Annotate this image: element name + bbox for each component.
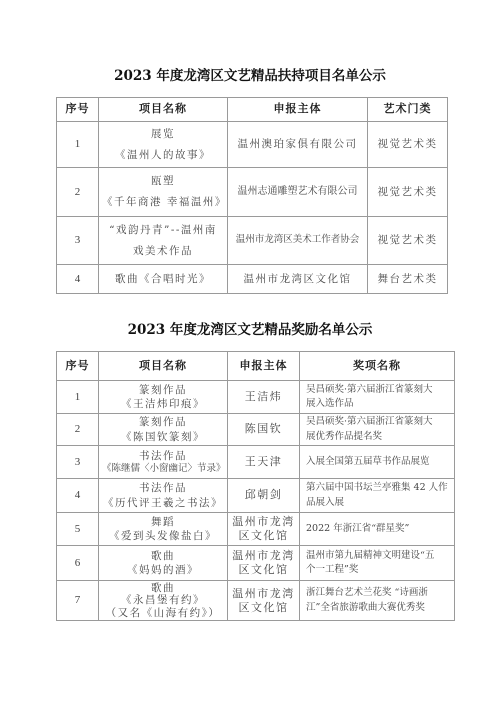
project-name: 瓯塑 《千年商港 幸福温州》 [99, 168, 228, 217]
project-name: 书法作品 《陈继儒〈小窗幽记〉节录》 [99, 446, 228, 479]
applicant-line: 温州市龙湾 [231, 549, 296, 563]
award-line: 展优秀作品提名奖 [306, 430, 451, 444]
category: 视觉艺术类 [368, 122, 448, 168]
table-row: 6 歌曲 《妈妈的酒》 温州市龙湾 区文化馆 温州市第九届精神文明建设“五 个一… [57, 546, 455, 581]
project-name-line: 瓯塑 [102, 171, 224, 192]
applicant-line: 区文化馆 [231, 563, 296, 577]
applicant-line: 王天津 [231, 455, 296, 470]
project-name-line: 《历代评王羲之书法》 [102, 496, 224, 510]
award-line: 温州市第九届精神文明建设“五 [306, 549, 451, 563]
award-name: 2022 年浙江省“群星奖” [300, 513, 455, 546]
header-award: 奖项名称 [300, 352, 455, 381]
project-name: 篆刻作品 《陈国钦篆刻》 [99, 414, 228, 446]
applicant-line: 邱朝剑 [231, 488, 296, 503]
project-name-line: （又名《山海有约》） [102, 607, 224, 620]
project-name: 书法作品 《历代评王羲之书法》 [99, 479, 228, 513]
award-name: 入展全国第五届草书作品展览 [300, 446, 455, 479]
table-row: 4 书法作品 《历代评王羲之书法》 邱朝剑 第六届中国书坛兰亭雅集 42 人作 … [57, 479, 455, 513]
award-name: 吴昌硕奖·第六届浙江省篆刻大 展入选作品 [300, 381, 455, 414]
project-name: “戏韵丹青”--温州南 戏美术作品 [99, 217, 228, 265]
award-line: 展入选作品 [306, 397, 451, 411]
row-no: 5 [57, 513, 99, 546]
row-no: 6 [57, 546, 99, 581]
award-projects-table: 序号 项目名称 申报主体 奖项名称 1 篆刻作品 《王洁炜印痕》 王洁炜 吴昌硕… [56, 351, 455, 621]
header-category: 艺术门类 [368, 98, 448, 122]
applicant: 温州市龙湾区文化馆 [228, 265, 368, 294]
project-name: 展览 《温州人的故事》 [99, 122, 228, 168]
table-row: 2 瓯塑 《千年商港 幸福温州》 温州志通雕塑艺术有限公司 视觉艺术类 [57, 168, 448, 217]
award-line: 入展全国第五届草书作品展览 [306, 455, 451, 469]
applicant-line: 区文化馆 [231, 529, 296, 543]
applicant: 陈国钦 [228, 414, 300, 446]
project-name: 歌曲 《永昌堡有约》 （又名《山海有约》） [99, 581, 228, 621]
project-name: 篆刻作品 《王洁炜印痕》 [99, 381, 228, 414]
header-applicant: 申报主体 [228, 352, 300, 381]
award-line: 第六届中国书坛兰亭雅集 42 人作 [306, 481, 451, 495]
applicant-line: 陈国钦 [231, 422, 296, 437]
row-no: 7 [57, 581, 99, 621]
award-line: 品展入展 [306, 496, 451, 510]
row-no: 2 [57, 414, 99, 446]
project-name: 歌曲 《妈妈的酒》 [99, 546, 228, 581]
header-no: 序号 [57, 98, 99, 122]
award-name: 第六届中国书坛兰亭雅集 42 人作 品展入展 [300, 479, 455, 513]
project-name-line: 歌曲 [102, 549, 224, 563]
table-row: 5 舞蹈 《爱到头发像盐白》 温州市龙湾 区文化馆 2022 年浙江省“群星奖” [57, 513, 455, 546]
category: 视觉艺术类 [368, 217, 448, 265]
applicant: 温州市龙湾 区文化馆 [228, 513, 300, 546]
project-name-line: 舞蹈 [102, 515, 224, 529]
project-name-line: 《温州人的故事》 [102, 145, 224, 166]
row-no: 2 [57, 168, 99, 217]
project-name-line: 书法作品 [102, 449, 224, 463]
project-name-line: 《陈继儒〈小窗幽记〉节录》 [102, 463, 224, 476]
award-line: 浙江舞台艺术兰花奖 “诗画浙 [306, 586, 451, 600]
row-no: 4 [57, 479, 99, 513]
applicant: 王洁炜 [228, 381, 300, 414]
project-name-line: 篆刻作品 [102, 383, 224, 397]
award-name: 浙江舞台艺术兰花奖 “诗画浙 江”全省旅游歌曲大赛优秀奖 [300, 581, 455, 621]
project-name-line: 《爱到头发像盐白》 [102, 529, 224, 543]
row-no: 1 [57, 122, 99, 168]
project-name-line: 展览 [102, 124, 224, 145]
table-row: 1 篆刻作品 《王洁炜印痕》 王洁炜 吴昌硕奖·第六届浙江省篆刻大 展入选作品 [57, 381, 455, 414]
project-name: 舞蹈 《爱到头发像盐白》 [99, 513, 228, 546]
award-line: 吴昌硕奖·第六届浙江省篆刻大 [306, 415, 451, 429]
award-line: 2022 年浙江省“群星奖” [306, 522, 451, 536]
applicant: 温州志通雕塑艺术有限公司 [228, 168, 368, 217]
project-name-line: 书法作品 [102, 481, 224, 495]
applicant: 王天津 [228, 446, 300, 479]
project-name-line: “戏韵丹青”--温州南 [102, 220, 224, 241]
award-table-title: 2023 年度龙湾区文艺精品奖励名单公示 [0, 318, 500, 338]
table-row: 2 篆刻作品 《陈国钦篆刻》 陈国钦 吴昌硕奖·第六届浙江省篆刻大 展优秀作品提… [57, 414, 455, 446]
applicant: 温州澳珀家俱有限公司 [228, 122, 368, 168]
category: 视觉艺术类 [368, 168, 448, 217]
table-row: 7 歌曲 《永昌堡有约》 （又名《山海有约》） 温州市龙湾 区文化馆 浙江舞台艺… [57, 581, 455, 621]
applicant: 温州市龙湾 区文化馆 [228, 546, 300, 581]
support-projects-table: 序号 项目名称 申报主体 艺术门类 1 展览 《温州人的故事》 温州澳珀家俱有限… [56, 97, 448, 294]
project-name-line: 《陈国钦篆刻》 [102, 430, 224, 444]
award-line: 个一工程”奖 [306, 563, 451, 577]
project-name-line: 篆刻作品 [102, 415, 224, 429]
support-table-title: 2023 年度龙湾区文艺精品扶持项目名单公示 [0, 64, 500, 84]
applicant: 温州市龙湾区美术工作者协会 [228, 217, 368, 265]
project-name-line: 《千年商港 幸福温州》 [102, 192, 224, 213]
award-name: 温州市第九届精神文明建设“五 个一工程”奖 [300, 546, 455, 581]
row-no: 1 [57, 381, 99, 414]
award-name: 吴昌硕奖·第六届浙江省篆刻大 展优秀作品提名奖 [300, 414, 455, 446]
applicant-line: 温州市龙湾 [231, 515, 296, 529]
category: 舞台艺术类 [368, 265, 448, 294]
header-project-name: 项目名称 [99, 352, 228, 381]
project-name-line: 《王洁炜印痕》 [102, 397, 224, 411]
project-name-line: 戏美术作品 [102, 241, 224, 262]
project-name-line: 《永昌堡有约》 [102, 594, 224, 607]
table-header-row: 序号 项目名称 申报主体 奖项名称 [57, 352, 455, 381]
project-name-line: 《妈妈的酒》 [102, 563, 224, 577]
project-name-line: 歌曲 [102, 582, 224, 595]
table-row: 4 歌曲《合唱时光》 温州市龙湾区文化馆 舞台艺术类 [57, 265, 448, 294]
header-applicant: 申报主体 [228, 98, 368, 122]
table-row: 3 书法作品 《陈继儒〈小窗幽记〉节录》 王天津 入展全国第五届草书作品展览 [57, 446, 455, 479]
row-no: 3 [57, 446, 99, 479]
row-no: 3 [57, 217, 99, 265]
table-header-row: 序号 项目名称 申报主体 艺术门类 [57, 98, 448, 122]
project-name-line: 歌曲《合唱时光》 [102, 272, 224, 286]
applicant-line: 王洁炜 [231, 390, 296, 405]
project-name: 歌曲《合唱时光》 [99, 265, 228, 294]
table-row: 1 展览 《温州人的故事》 温州澳珀家俱有限公司 视觉艺术类 [57, 122, 448, 168]
applicant-line: 温州市龙湾 [231, 587, 296, 601]
row-no: 4 [57, 265, 99, 294]
applicant: 邱朝剑 [228, 479, 300, 513]
award-line: 江”全省旅游歌曲大赛优秀奖 [306, 601, 451, 615]
header-no: 序号 [57, 352, 99, 381]
table-row: 3 “戏韵丹青”--温州南 戏美术作品 温州市龙湾区美术工作者协会 视觉艺术类 [57, 217, 448, 265]
header-project-name: 项目名称 [99, 98, 228, 122]
award-line: 吴昌硕奖·第六届浙江省篆刻大 [306, 383, 451, 397]
applicant: 温州市龙湾 区文化馆 [228, 581, 300, 621]
applicant-line: 区文化馆 [231, 601, 296, 615]
